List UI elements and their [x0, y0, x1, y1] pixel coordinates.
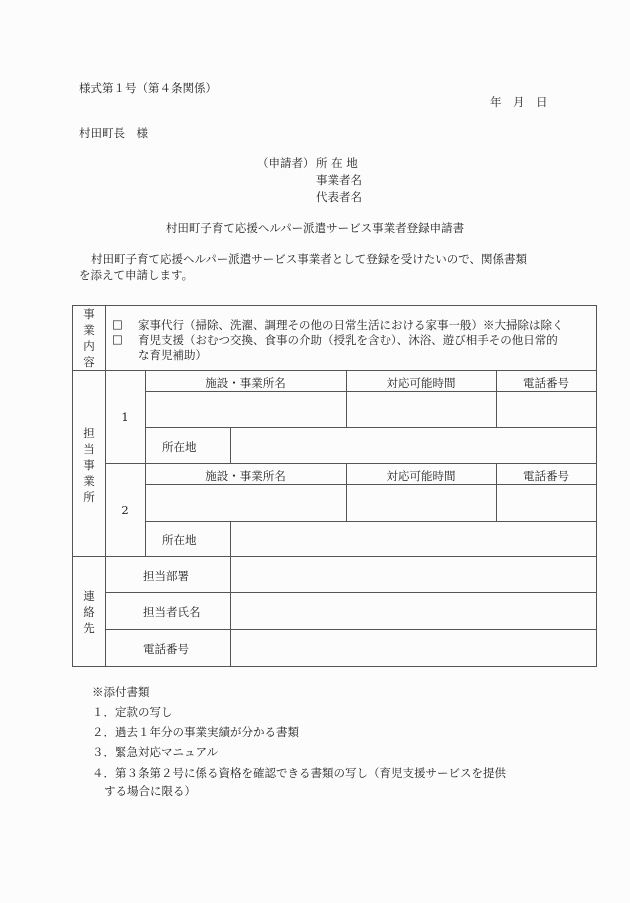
business-content-label: 事 業 内 容	[81, 306, 97, 370]
office-2-phone-field[interactable]	[497, 485, 596, 521]
contact-person-label: 担当者氏名	[143, 604, 201, 620]
attachment-item-4: ４．第３条第２号に係る資格を確認できる書類の写し（育児支援サービスを提供	[92, 765, 506, 781]
office-1-hours-header: 対応可能時間	[346, 375, 496, 391]
contact-department-label: 担当部署	[143, 568, 189, 584]
document-title: 村田町子育て応援ヘルパー派遣サービス事業者登録申請書	[0, 220, 630, 236]
office-2-address-label: 所在地	[162, 532, 197, 548]
office-1-facility-header: 施設・事業所名	[145, 375, 346, 391]
childcare-label-cont: な育児補助）	[138, 347, 207, 363]
office-1-phone-field[interactable]	[497, 392, 596, 427]
housework-label: 家事代行（掃除、洗濯、調理その他の日常生活における家事一般）※大掃除は除く	[138, 317, 564, 333]
office-2-phone-header: 電話番号	[496, 468, 596, 484]
attachment-item-3: ３．緊急対応マニュアル	[92, 744, 218, 760]
office-1-number: 1	[105, 410, 145, 424]
attachment-item-2: ２．過去１年分の事業実績が分かる書類	[92, 724, 299, 740]
childcare-label: 育児支援（おむつ交換、食事の介助（授乳を含む）、沐浴、遊び相手その他日常的	[138, 332, 558, 348]
applicant-representative-label: 代表者名	[316, 189, 362, 205]
office-2-address-field[interactable]	[231, 522, 596, 556]
office-2-number: 2	[105, 503, 145, 517]
childcare-checkbox[interactable]: □	[112, 332, 123, 346]
office-1-address-label: 所在地	[162, 439, 197, 455]
office-2-hours-header: 対応可能時間	[346, 468, 496, 484]
contact-department-field[interactable]	[231, 557, 596, 592]
housework-checkbox[interactable]: □	[112, 317, 123, 331]
office-1-phone-header: 電話番号	[496, 375, 596, 391]
contact-label: 連 絡 先	[81, 588, 97, 636]
applicant-business-name-label: 事業者名	[316, 172, 362, 188]
office-2-facility-header: 施設・事業所名	[145, 468, 346, 484]
addressee: 村田町長 様	[79, 125, 148, 141]
attachments-heading: ※添付書類	[92, 684, 150, 700]
office-1-address-field[interactable]	[231, 428, 596, 463]
intro-line-1: 村田町子育て応援ヘルパー派遣サービス事業者として登録を受けたいので、関係書類	[91, 251, 527, 267]
offices-label: 担 当 事 業 所	[81, 425, 97, 505]
date-line: 年 月 日	[490, 94, 548, 110]
applicant-address-label: 所 在 地	[316, 155, 358, 171]
contact-person-field[interactable]	[231, 593, 596, 629]
contact-phone-label: 電話番号	[143, 641, 189, 657]
attachment-item-4-cont: する場合に限る）	[104, 783, 196, 799]
office-2-hours-field[interactable]	[347, 485, 496, 521]
office-1-facility-field[interactable]	[146, 392, 346, 427]
office-1-hours-field[interactable]	[347, 392, 496, 427]
applicant-label: （申請者）	[257, 155, 315, 171]
office-2-facility-field[interactable]	[146, 485, 346, 521]
form-number: 様式第１号（第４条関係）	[79, 80, 217, 96]
contact-phone-field[interactable]	[231, 630, 596, 666]
attachment-item-1: １．定款の写し	[92, 704, 173, 720]
intro-line-2: を添えて申請します。	[79, 267, 193, 283]
